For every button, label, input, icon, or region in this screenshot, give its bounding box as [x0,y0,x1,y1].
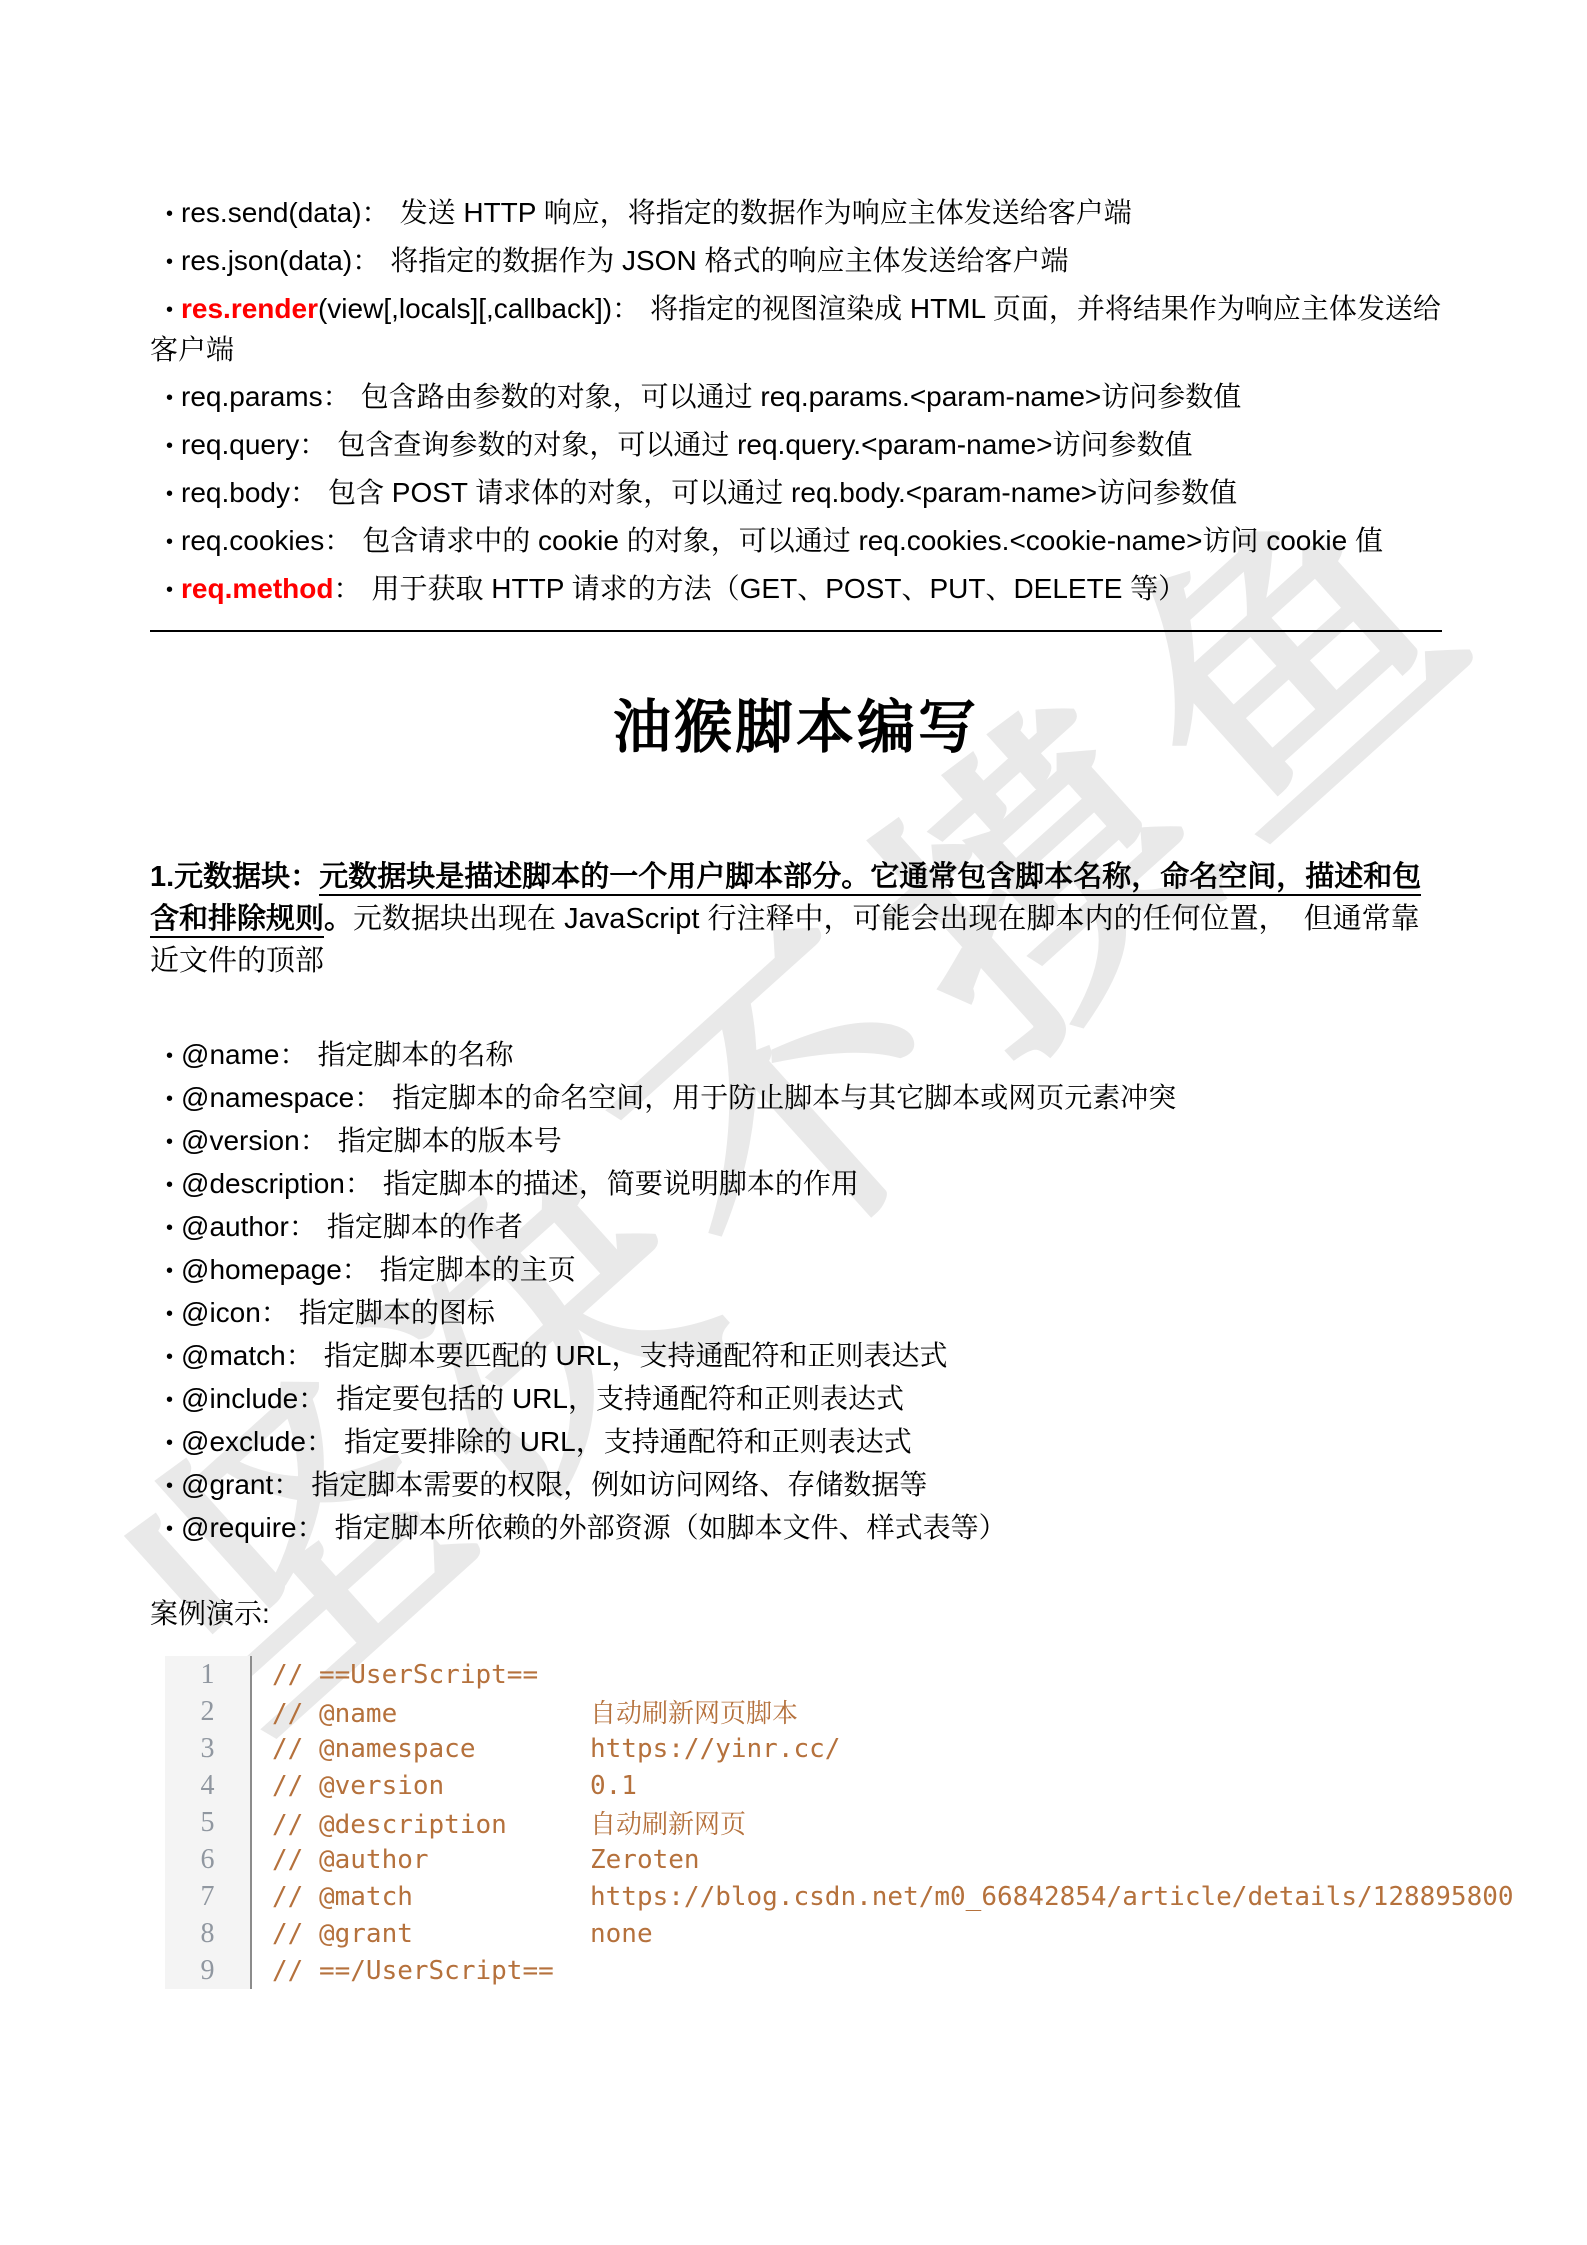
meta-desc: 指定脚本的图标 [299,1297,495,1328]
code-value: Zeroten [590,1845,700,1875]
bullet-icon: • [166,483,173,505]
meta-tag: @exclude： [181,1426,334,1457]
meta-desc: 指定要排除的 URL，支持通配符和正则表达式 [344,1426,912,1457]
api-name: res.json(data)： [181,245,380,276]
line-number: 3 [165,1730,252,1767]
meta-tag: @icon： [181,1297,289,1328]
api-list-item: •req.query：包含查询参数的对象，可以通过 req.query.<par… [150,425,1442,466]
metadata-list-item: •@namespace：指定脚本的命名空间，用于防止脚本与其它脚本或网页元素冲突 [150,1077,1442,1120]
meta-desc: 指定要包括的 URL，支持通配符和正则表达式 [336,1383,904,1414]
code-directive: // @match [272,1882,590,1912]
code-value: 自动刷新网页脚本 [590,1699,798,1729]
meta-tag: @name： [181,1039,307,1070]
meta-tag: @homepage： [181,1254,370,1285]
meta-desc: 指定脚本的名称 [317,1039,513,1070]
code-value: https://yinr.cc/ [590,1734,840,1764]
meta-tag: @include： [181,1383,326,1414]
line-number: 1 [165,1656,252,1693]
meta-desc: 指定脚本的主页 [380,1254,576,1285]
api-desc: 将指定的数据作为 JSON 格式的响应主体发送给客户端 [390,245,1068,276]
demo-label: 案例演示: [150,1592,1442,1632]
code-directive: // @namespace [272,1734,590,1764]
code-line: 5// @description自动刷新网页 [165,1804,1435,1841]
bullet-icon: • [166,1217,173,1239]
code-line: 1// ==UserScript== [165,1656,1435,1693]
meta-desc: 指定脚本需要的权限，例如访问网络、存储数据等 [311,1469,927,1500]
bullet-icon: • [166,251,173,273]
document-page: •res.send(data)：发送 HTTP 响应，将指定的数据作为响应主体发… [150,0,1442,1989]
metadata-list-item: •@name：指定脚本的名称 [150,1034,1442,1077]
metadata-list-item: •@require：指定脚本所依赖的外部资源（如脚本文件、样式表等） [150,1507,1442,1550]
api-desc: 包含请求中的 cookie 的对象，可以通过 req.cookies.<cook… [362,525,1383,556]
bullet-icon: • [166,1432,173,1454]
meta-tag: @namespace： [181,1082,382,1113]
metadata-intro-paragraph: 1.元数据块：元数据块是描述脚本的一个用户脚本部分。它通常包含脚本名称，命名空间… [150,856,1442,982]
code-line: 2// @name自动刷新网页脚本 [165,1693,1435,1730]
api-list-item: •res.render(view[,locals][,callback])：将指… [150,289,1442,370]
code-value: https://blog.csdn.net/m0_66842854/articl… [590,1882,1514,1912]
meta-tag: @description： [181,1168,373,1199]
code-block: 1// ==UserScript== 2// @name自动刷新网页脚本 3//… [165,1656,1435,1989]
bullet-icon: • [166,1174,173,1196]
api-list-item: •req.params：包含路由参数的对象，可以通过 req.params.<p… [150,377,1442,418]
bullet-icon: • [166,1389,173,1411]
code-value: 自动刷新网页 [590,1810,746,1840]
meta-tag: @version： [181,1125,328,1156]
code-directive: // @description [272,1810,590,1840]
metadata-list-item: •@homepage：指定脚本的主页 [150,1249,1442,1292]
line-number: 7 [165,1878,252,1915]
meta-desc: 指定脚本的描述，简要说明脚本的作用 [383,1168,859,1199]
code-directive: // @grant [272,1919,590,1949]
api-list-item: •req.body：包含 POST 请求体的对象，可以通过 req.body.<… [150,473,1442,514]
metadata-list-item: •@grant：指定脚本需要的权限，例如访问网络、存储数据等 [150,1464,1442,1507]
api-list-item: •res.json(data)：将指定的数据作为 JSON 格式的响应主体发送给… [150,241,1442,282]
metadata-list-item: •@match：指定脚本要匹配的 URL，支持通配符和正则表达式 [150,1335,1442,1378]
code-directive: // ==/UserScript== [272,1956,590,1986]
metadata-list-item: •@author：指定脚本的作者 [150,1206,1442,1249]
meta-tag: @require： [181,1512,325,1543]
bullet-icon: • [166,203,173,225]
bullet-icon: • [166,1518,173,1540]
metadata-list-item: •@description：指定脚本的描述，简要说明脚本的作用 [150,1163,1442,1206]
api-desc: 包含 POST 请求体的对象，可以通过 req.body.<param-name… [328,477,1237,508]
api-name: req.params： [181,381,351,412]
metadata-list-item: •@version：指定脚本的版本号 [150,1120,1442,1163]
bullet-icon: • [166,1131,173,1153]
code-directive: // @name [272,1699,590,1729]
bullet-icon: • [166,435,173,457]
api-name: (view[,locals][,callback])： [318,293,640,324]
api-desc: 用于获取 HTTP 请求的方法（GET、POST、PUT、DELETE 等） [372,573,1187,604]
code-value: 0.1 [590,1771,637,1801]
meta-desc: 指定脚本所依赖的外部资源（如脚本文件、样式表等） [335,1512,1007,1543]
code-line: 6// @authorZeroten [165,1841,1435,1878]
code-value: none [590,1919,653,1949]
meta-desc: 指定脚本的作者 [327,1211,523,1242]
code-line: 3// @namespacehttps://yinr.cc/ [165,1730,1435,1767]
code-directive: // @version [272,1771,590,1801]
meta-tag: @match： [181,1340,314,1371]
meta-desc: 指定脚本要匹配的 URL，支持通配符和正则表达式 [324,1340,948,1371]
section-period: 。 [324,903,353,935]
api-list-item: •req.cookies：包含请求中的 cookie 的对象，可以通过 req.… [150,521,1442,562]
express-api-list: •res.send(data)：发送 HTTP 响应，将指定的数据作为响应主体发… [150,193,1442,610]
line-number: 5 [165,1804,252,1841]
line-number: 6 [165,1841,252,1878]
line-number: 4 [165,1767,252,1804]
page-title: 油猴脚本编写 [150,680,1442,764]
metadata-list-item: •@include：指定要包括的 URL，支持通配符和正则表达式 [150,1378,1442,1421]
bullet-icon: • [166,1045,173,1067]
meta-desc: 指定脚本的版本号 [338,1125,562,1156]
bullet-icon: • [166,1088,173,1110]
api-desc: 包含路由参数的对象，可以通过 req.params.<param-name>访问… [361,381,1242,412]
api-desc: 包含查询参数的对象，可以通过 req.query.<param-name>访问参… [337,429,1192,460]
line-number: 9 [165,1952,252,1989]
meta-tag: @author： [181,1211,317,1242]
api-desc: 发送 HTTP 响应，将指定的数据作为响应主体发送给客户端 [400,197,1132,228]
api-name: req.body： [181,477,318,508]
code-directive: // ==UserScript== [272,1660,590,1690]
bullet-icon: • [166,387,173,409]
bullet-icon: • [166,579,173,601]
api-name-red: req.method [181,573,333,604]
bullet-icon: • [166,1303,173,1325]
metadata-list-item: •@exclude：指定要排除的 URL，支持通配符和正则表达式 [150,1421,1442,1464]
api-name: res.send(data)： [181,197,390,228]
api-name: req.cookies： [181,525,352,556]
bullet-icon: • [166,299,173,321]
api-name-red: res.render [181,293,318,324]
code-line: 9// ==/UserScript== [165,1952,1435,1989]
bullet-icon: • [166,1475,173,1497]
line-number: 2 [165,1693,252,1730]
bullet-icon: • [166,531,173,553]
code-directive: // @author [272,1845,590,1875]
horizontal-divider [150,630,1442,632]
api-name: req.query： [181,429,327,460]
metadata-list-item: •@icon：指定脚本的图标 [150,1292,1442,1335]
code-line: 8// @grantnone [165,1915,1435,1952]
code-line: 4// @version0.1 [165,1767,1435,1804]
bullet-icon: • [166,1260,173,1282]
line-number: 8 [165,1915,252,1952]
metadata-list: •@name：指定脚本的名称 •@namespace：指定脚本的命名空间，用于防… [150,1034,1442,1550]
meta-desc: 指定脚本的命名空间，用于防止脚本与其它脚本或网页元素冲突 [392,1082,1176,1113]
api-name: ： [333,573,361,604]
meta-tag: @grant： [181,1469,301,1500]
section-number-label: 1.元数据块： [150,861,319,893]
bullet-icon: • [166,1346,173,1368]
api-list-item: •res.send(data)：发送 HTTP 响应，将指定的数据作为响应主体发… [150,193,1442,234]
code-line: 7// @matchhttps://blog.csdn.net/m0_66842… [165,1878,1435,1915]
api-list-item: •req.method：用于获取 HTTP 请求的方法（GET、POST、PUT… [150,569,1442,610]
